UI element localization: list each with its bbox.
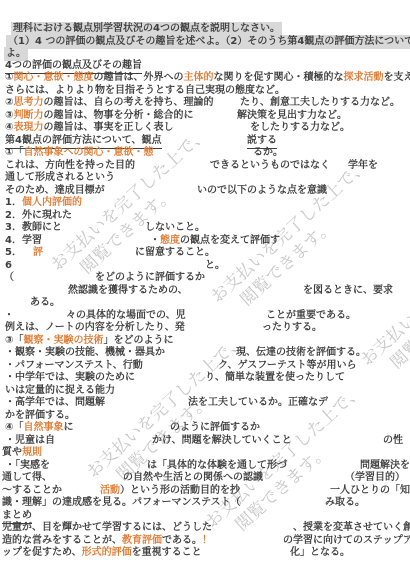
text-segment: ある。 (30, 297, 60, 309)
text-line: ④表現力の趣旨は、事実を正しく表しをしたりする力など。 (0, 122, 410, 135)
text-segment: 1．個人内評価的 (5, 197, 82, 209)
text-line: （1）4 つの評価の観点及びその趣旨を述べよ。（2）そのうち第4観点の評価方法に… (0, 35, 410, 48)
text-line: 児童が、目を輝かせて学習するには、どうした、授業を変革させていく創 (0, 522, 410, 535)
text-segment: ②思考力の趣旨は、自らの考えを持ち、理論的 (5, 97, 213, 109)
text-segment: ・「実感を (5, 460, 50, 472)
text-line: 4．学習・態度の観点を変えて評価す (0, 235, 410, 248)
text-line: ップを促すため、形式的評価を重視すること化」となる。 (0, 547, 410, 560)
text-line: まとめ (0, 510, 410, 523)
text-segment: ・観察・実験の技能、機械・器具か (5, 347, 165, 359)
text-line: 例えは、ノートの内容を分析したり、発ったりする。 (0, 322, 410, 335)
text-segment: そのため、達成目標が (5, 185, 105, 197)
text-segment: 、授業を変革させていく創 (293, 522, 410, 534)
text-segment: 通して形成されるという (5, 172, 115, 184)
text-segment: （ (4, 272, 14, 284)
text-line: そのため、達成目標がいので以下のような点を意識 (0, 185, 410, 198)
text-segment: いので以下のような点を意識 (197, 185, 327, 197)
text-line: ③判断力の趣旨は、物事を分析・総合的に解決策を見出す力など。 (0, 110, 410, 123)
text-segment: ・中学年では、実験のために (5, 372, 135, 384)
text-segment: 造的な営みをすることが、教育評価である。！ (2, 535, 212, 547)
text-line: よ。 (0, 47, 410, 60)
text-segment: の学習に向けてのステップア (283, 535, 410, 547)
text-segment: 活動）という形の活動目的を抄 (100, 485, 240, 497)
text-line: 通して得、の自然や生活との関係への認識（学習目的） (0, 472, 410, 485)
text-segment: ・態度の観点を変えて評価す (150, 235, 280, 247)
text-segment: できるというものではなく (210, 160, 330, 172)
text-segment: ・ (4, 310, 14, 322)
text-segment: を図るときに、要求 (303, 285, 393, 297)
text-line: ・「実感をは「具体的な体験を通して形づ問題解決を (0, 460, 410, 473)
text-segment: ④表現力の趣旨は、事実を正しく表し (5, 122, 173, 134)
text-line: ②思考力の趣旨は、自らの考えを持ち、理論的たり、創意工夫したりする力など。 (0, 97, 410, 110)
text-line: ・中学年では、実験のためにり、簡単な装置を使ったりして (0, 372, 410, 385)
text-segment: これは、方向性を持った目的 (5, 160, 135, 172)
text-segment: ことが重要である。 (266, 310, 356, 322)
text-line: 通して形成されるという (0, 172, 410, 185)
text-segment: 識・理解」の達成感を見る。パフォーマンステスト（ (2, 497, 241, 509)
text-line: ・々の具体的な場面での、児ことが重要である。 (0, 310, 410, 323)
document-page: お支払いを完了した上で、閲覧できます。お支払いを完了した上で、閲覧できます。お支… (0, 0, 410, 580)
text-segment: （学習目的） (345, 472, 405, 484)
text-segment: 解決策を見出す力など。 (237, 110, 347, 122)
text-segment: 一人ひとりの「知 (330, 485, 410, 497)
text-segment: ③「観察・実験の技術」をどのように (5, 335, 173, 347)
text-segment: ①「自然事象への関心・意欲・態 (5, 147, 153, 159)
text-line: ①関心・意欲・態度の趣旨は、外界への主体的な関りを促す関心・積極的な探求活動を支… (0, 72, 410, 85)
text-segment: 評 (33, 247, 43, 259)
text-segment: ク、ゲスフーテスト等が用いら (218, 360, 357, 372)
text-line: 4つの評価の観点及びその趣旨 (0, 60, 410, 73)
text-line: ・高学年では、問題解法を工夫しているか。正確なデ (0, 397, 410, 410)
text-line: ～することか活動）という形の活動目的を抄一人ひとりの「知 (0, 485, 410, 498)
text-line: ④「自然事象にのように評価するか (0, 422, 410, 435)
text-line: 1．個人内評価的 (0, 197, 410, 210)
text-segment: 学年を (348, 160, 378, 172)
text-segment: ・児童は自 (5, 435, 55, 447)
text-segment: ・パフォーマンステスト、行動 (5, 360, 143, 372)
text-line: 5．評に留意すること。 (0, 247, 410, 260)
text-segment: 例えは、ノートの内容を分析したり、発 (5, 322, 185, 334)
text-line: 理科における観点別学習状況の4つの観点を説明しなさい。 (0, 22, 410, 35)
text-segment: の性 (383, 435, 403, 447)
text-line: かを評価する。 (0, 410, 410, 423)
text-segment: に留意すること。 (135, 247, 215, 259)
text-segment: と。 (205, 260, 225, 272)
text-segment: 法を工夫しているか。正確なデ (188, 397, 328, 409)
text-segment: 現、伝達の技術を評価する。 (236, 347, 366, 359)
text-segment: 然認識を獲得するための、 (68, 285, 188, 297)
text-segment: ップを促すため、形式的評価を重視すること (2, 547, 202, 559)
text-line: いは定量的に捉える能力 (0, 385, 410, 398)
text-line: ・パフォーマンステスト、行動ク、ゲスフーテスト等が用いら (0, 360, 410, 373)
text-line: 然認識を獲得するための、を図るときに、要求 (0, 285, 410, 298)
text-segment: をどのように評価するか (95, 272, 205, 284)
text-segment: 5． (5, 247, 22, 259)
text-line: 第4観点の評価方法について、観点説する (0, 135, 410, 148)
text-line: ・児童は自かけ、問題を解決していくことの性 (0, 435, 410, 448)
text-segment: 問題解決を (360, 460, 410, 472)
text-segment: 通して得、 (2, 472, 52, 484)
text-segment: をしたりする力など。 (250, 122, 350, 134)
text-segment: ③判断力の趣旨は、物事を分析・総合的に (5, 110, 193, 122)
text-segment: は「具体的な体験を通して形づ (147, 460, 287, 472)
text-segment: かを評価する。 (5, 410, 75, 422)
text-line: （をどのように評価するか (0, 272, 410, 285)
text-segment: かけ、問題を解決していくこと (152, 435, 292, 447)
text-segment: 々の具体的な場面での、児 (66, 310, 186, 322)
text-segment: いは定量的に捉える能力 (5, 385, 115, 397)
text-line: ある。 (0, 297, 410, 310)
text-line: 質や規則 (0, 447, 410, 460)
text-segment: 化」となる。 (290, 547, 350, 559)
text-line: 造的な営みをすることが、教育評価である。！の学習に向けてのステップア (0, 535, 410, 548)
text-segment: ～することか (2, 485, 62, 497)
text-line: ・観察・実験の技能、機械・器具か現、伝達の技術を評価する。 (0, 347, 410, 360)
text-segment: ④「自然事象に (5, 422, 73, 434)
text-segment: たり、創意工夫したりする力など。 (240, 97, 400, 109)
text-segment: ったりする。 (262, 322, 322, 334)
text-segment: さらには、よりより物を目指そうとする自己実現の態度など。 (5, 85, 285, 97)
text-segment: ①関心・意欲・態度の趣旨は、外界への主体的な関りを促す関心・積極的な探求活動を支… (5, 72, 410, 84)
text-line: ①「自然事象への関心・意欲・態るか。 (0, 147, 410, 160)
text-line: ③「観察・実験の技術」をどのように (0, 335, 410, 348)
text-line: 2．外に現れた (0, 210, 410, 223)
text-line: 識・理解」の達成感を見る。パフォーマンステスト（み取る。 (0, 497, 410, 510)
document-text-layer: 理科における観点別学習状況の4つの観点を説明しなさい。（1）4 つの評価の観点及… (0, 0, 410, 580)
text-segment: 児童が、目を輝かせて学習するには、どうした (2, 522, 212, 534)
text-line: さらには、よりより物を目指そうとする自己実現の態度など。 (0, 85, 410, 98)
text-line: これは、方向性を持った目的できるというものではなく学年を (0, 160, 410, 173)
text-segment: 質や規則 (2, 447, 42, 459)
text-segment: み取る。 (325, 497, 365, 509)
text-line: 6と。 (0, 260, 410, 273)
text-segment: 2．外に現れた (5, 210, 72, 222)
text-segment: 3．教師にと (5, 222, 62, 234)
text-line: 3．教師にとしないこと。 (0, 222, 410, 235)
text-segment: 4．学習 (5, 235, 42, 247)
text-segment: のように評価するか (170, 422, 260, 434)
text-segment: るか。 (253, 147, 283, 159)
text-segment: の自然や生活との関係への認識 (123, 472, 263, 484)
text-segment: しないこと。 (145, 222, 205, 234)
text-segment: ・高学年では、問題解 (5, 397, 105, 409)
text-segment: り、簡単な装置を使ったりして (205, 372, 345, 384)
text-segment: 6 (5, 260, 12, 272)
